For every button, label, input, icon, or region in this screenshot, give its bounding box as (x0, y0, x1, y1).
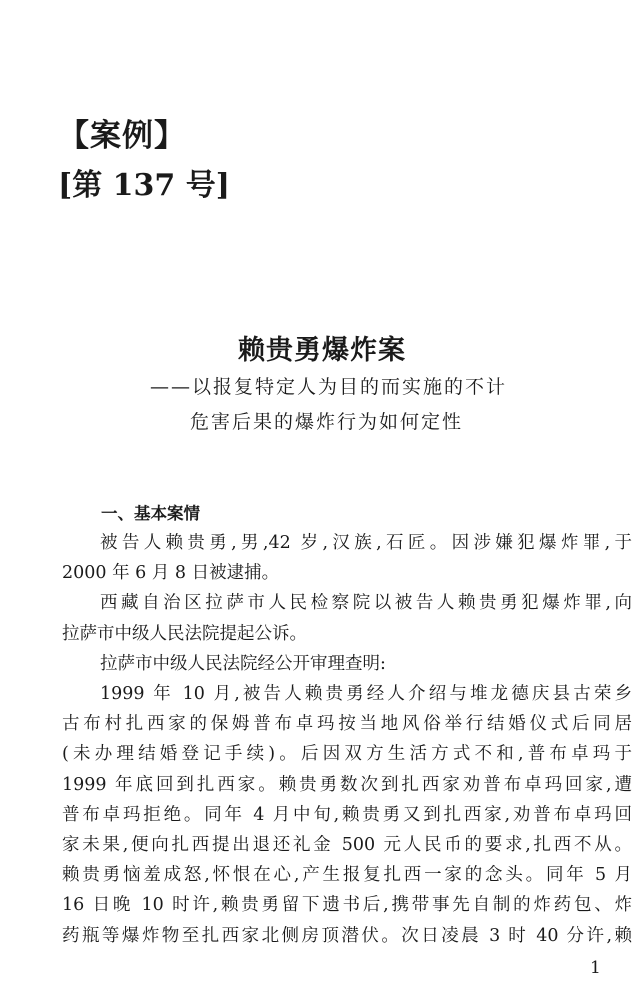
body-line: 1999 年 10 月,被告人赖贵勇经人介绍与堆龙德庆县古荣乡 (62, 679, 632, 709)
body-line: 家未果,便向扎西提出退还礼金 500 元人民币的要求,扎西不从。 (62, 830, 632, 860)
body-line: 16 日晚 10 时许,赖贵勇留下遗书后,携带事先自制的炸药包、炸 (62, 890, 632, 920)
case-label: 【案例】 (58, 110, 186, 155)
case-number: [第 137 号] (58, 160, 230, 204)
body-line: 拉萨市中级人民法院提起公诉。 (62, 619, 632, 649)
body-text: 被告人赖贵勇,男,42 岁,汉族,石匠。因涉嫌犯爆炸罪,于 2000 年 6 月… (62, 528, 632, 951)
body-line: 赖贵勇恼羞成怒,怀恨在心,产生报复扎西一家的念头。同年 5 月 (62, 860, 632, 890)
body-line: 药瓶等爆炸物至扎西家北侧房顶潜伏。次日凌晨 3 时 40 分许,赖 (62, 921, 632, 951)
case-title: 赖贵勇爆炸案 (0, 328, 644, 367)
body-line: 2000 年 6 月 8 日被逮捕。 (62, 558, 632, 588)
body-line: 拉萨市中级人民法院经公开审理查明: (62, 649, 632, 679)
body-line: 被告人赖贵勇,男,42 岁,汉族,石匠。因涉嫌犯爆炸罪,于 (62, 528, 632, 558)
case-subtitle: ——以报复特定人为目的而实施的不计 危害后果的爆炸行为如何定性 (150, 370, 507, 440)
body-line: 1999 年底回到扎西家。赖贵勇数次到扎西家劝普布卓玛回家,遭 (62, 770, 632, 800)
body-line: (未办理结婚登记手续)。后因双方生活方式不和,普布卓玛于 (62, 739, 632, 769)
body-line: 西藏自治区拉萨市人民检察院以被告人赖贵勇犯爆炸罪,向 (62, 588, 632, 618)
subtitle-line-2: 危害后果的爆炸行为如何定性 (150, 405, 507, 440)
body-line: 普布卓玛拒绝。同年 4 月中旬,赖贵勇又到扎西家,劝普布卓玛回 (62, 800, 632, 830)
section-heading: 一、基本案情 (101, 500, 200, 524)
subtitle-line-1: ——以报复特定人为目的而实施的不计 (150, 376, 507, 398)
page-number: 1 (590, 958, 601, 978)
body-line: 古布村扎西家的保姆普布卓玛按当地风俗举行结婚仪式后同居 (62, 709, 632, 739)
